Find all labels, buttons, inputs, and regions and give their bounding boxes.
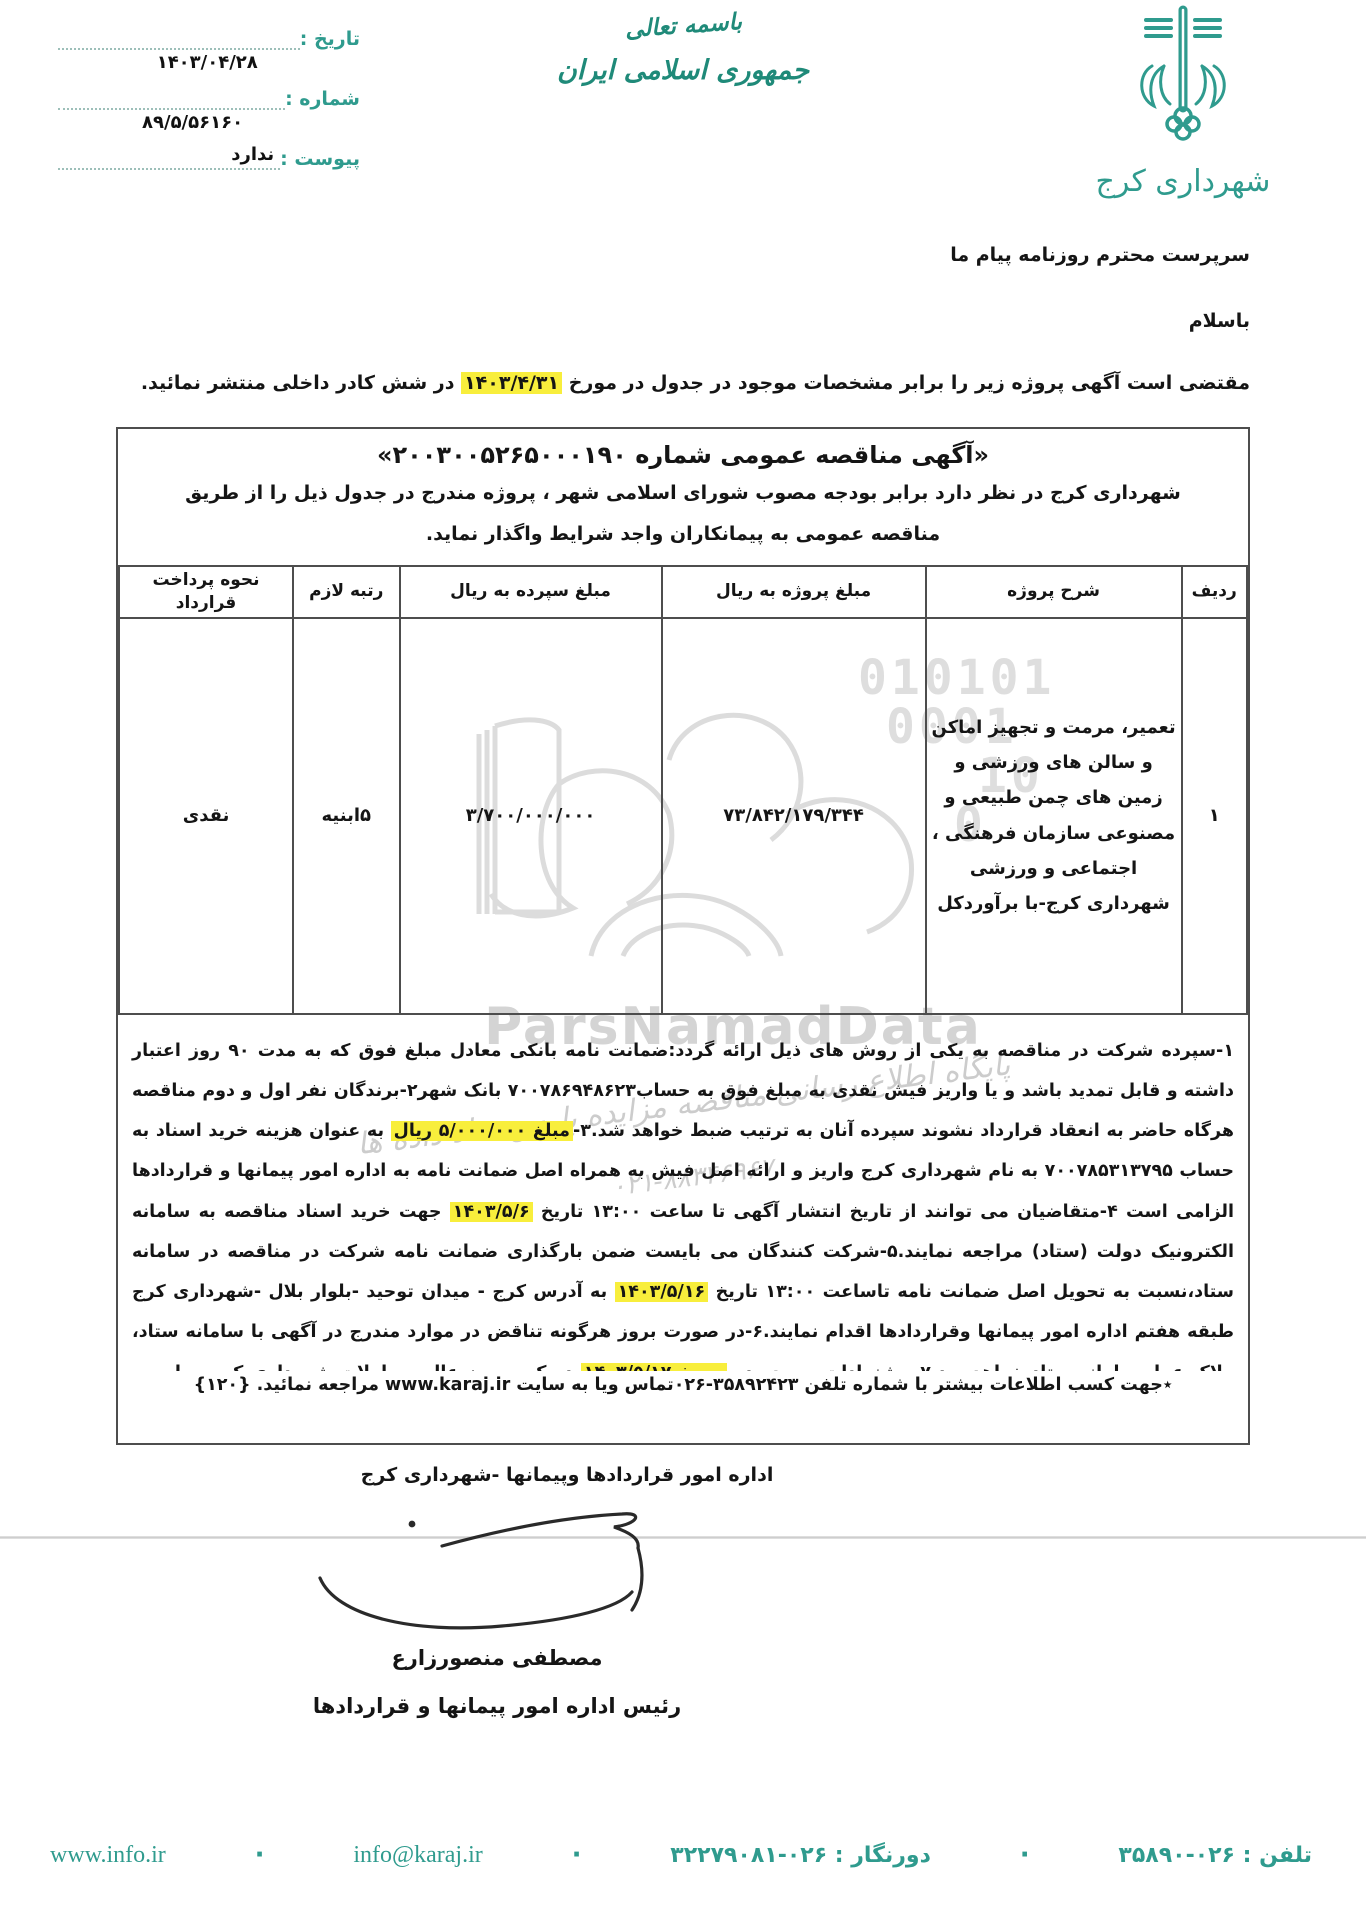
tender-notice-box: 010101 0001 10 0 ParsNamadData پایگاه اط…	[116, 427, 1250, 1445]
footer-separator: ·	[1016, 1840, 1034, 1870]
footer-phone: تلفن : ۰۲۶-۳۵۸۹۰	[1118, 1843, 1312, 1868]
municipality-logo-block: شهرداری کرج	[1048, 4, 1318, 199]
col-header-row-number: ردیف	[1182, 566, 1248, 618]
attachment-dotted-line: ندارد	[58, 146, 280, 170]
date-label: تاریخ :	[300, 28, 360, 50]
tender-table-header-row: ردیف شرح پروژه مبلغ پروژه به ریال مبلغ س…	[119, 566, 1247, 618]
cell-row-number: ۱	[1182, 618, 1248, 1014]
handwritten-signature	[292, 1494, 732, 1644]
col-header-project-description: شرح پروژه	[926, 566, 1182, 618]
document-fee-highlighted: مبلغ ۵/۰۰۰/۰۰۰ ریال	[391, 1121, 573, 1141]
signing-department: اداره امور قراردادها وپیمانها -شهرداری ک…	[352, 1464, 782, 1486]
cell-deposit-amount: ۳/۷۰۰/۰۰۰/۰۰۰	[400, 618, 662, 1014]
footer-separator: ·	[568, 1840, 586, 1870]
more-info-line: ٭جهت کسب اطلاعات بیشتر با شماره تلفن ۳۵۸…	[118, 1371, 1248, 1405]
commission-date-highlighted: مورخ ۱۴۰۳/۵/۱۷	[581, 1363, 727, 1371]
more-info-text: ٭جهت کسب اطلاعات بیشتر با شماره تلفن ۳۵۸…	[510, 1375, 1172, 1395]
date-field: تاریخ : ۱۴۰۳/۰۴/۲۸	[52, 16, 364, 50]
tender-table-row: ۱ تعمیر، مرمت و تجهیز اماکن و سالن های و…	[119, 618, 1247, 1014]
country-name: جمهوری اسلامی ایران	[503, 55, 863, 86]
col-header-payment-method: نحوه پرداخت قرارداد	[119, 566, 293, 618]
tender-notice-lead: شهرداری کرج در نظر دارد برابر بودجه مصوب…	[118, 471, 1248, 565]
attachment-value: ندارد	[231, 144, 274, 165]
date-value: ۱۴۰۳/۰۴/۲۸	[157, 52, 258, 73]
recipient-line: سرپرست محترم روزنامه پیام ما	[950, 244, 1250, 266]
tender-notice-title: «آگهی مناقصه عمومی شماره ۲۰۰۳۰۰۵۲۶۵۰۰۰۱۹…	[118, 429, 1248, 471]
tender-conditions-paragraph: ۱-سپرده شرکت در مناقصه به یکی از روش های…	[118, 1015, 1248, 1371]
purchase-deadline-date-highlighted: ۱۴۰۳/۵/۶	[450, 1202, 533, 1222]
number-dotted-line: ۸۹/۵/۵۶۱۶۰	[58, 86, 285, 110]
intro-line: مقتضی است آگهی پروژه زیر را برابر مشخصات…	[112, 366, 1250, 400]
municipality-name: شهرداری کرج	[1048, 164, 1318, 199]
cell-required-grade: ۵ابنیه	[293, 618, 399, 1014]
karaj-website-text: www.karaj.ir	[385, 1375, 510, 1395]
footer-separator: ·	[251, 1840, 269, 1870]
intro-text-end: در شش کادر داخلی منتشر نمائید.	[141, 372, 461, 394]
more-info-text-end: مراجعه نمائید. {۱۲۰}	[194, 1375, 385, 1395]
tender-table: ردیف شرح پروژه مبلغ پروژه به ریال مبلغ س…	[118, 565, 1248, 1015]
col-header-required-grade: رتبه لازم	[293, 566, 399, 618]
letterhead-meta-fields: تاریخ : ۱۴۰۳/۰۴/۲۸ شماره : ۸۹/۵/۵۶۱۶۰ پی…	[52, 16, 364, 196]
cell-project-amount: ۷۳/۸۴۲/۱۷۹/۳۴۴	[662, 618, 926, 1014]
footer-fax: دورنگار : ۰۲۶-۳۲۲۷۹۰۸۱	[670, 1843, 931, 1868]
col-header-deposit-amount: مبلغ سپرده به ریال	[400, 566, 662, 618]
attachment-label: پیوست :	[280, 148, 360, 170]
bismillah-block: باسمه تعالی جمهوری اسلامی ایران	[503, 12, 863, 86]
publish-date-highlighted: ۱۴۰۳/۴/۳۱	[461, 372, 562, 394]
cell-payment-method: نقدی	[119, 618, 293, 1014]
bismillah-calligraphy: باسمه تعالی	[624, 8, 743, 43]
date-dotted-line: ۱۴۰۳/۰۴/۲۸	[58, 26, 300, 50]
salutation-line: باسلام	[1189, 310, 1250, 332]
footer-contact-bar: تلفن : ۰۲۶-۳۵۸۹۰ · دورنگار : ۰۲۶-۳۲۲۷۹۰۸…	[50, 1840, 1312, 1870]
scanned-letter-page: { "colors": { "accent_teal": "#2f9b8e", …	[0, 0, 1366, 1930]
number-label: شماره :	[285, 88, 360, 110]
delivery-deadline-date-highlighted: ۱۴۰۳/۵/۱۶	[615, 1282, 709, 1302]
footer-email: info@karaj.ir	[353, 1842, 482, 1869]
karaj-municipality-logo-icon	[1108, 4, 1258, 164]
signer-title: رئیس اداره امور پیمانها و قراردادها	[272, 1694, 722, 1718]
signer-name: مصطفی منصورزارع	[322, 1646, 672, 1670]
attachment-field: پیوست : ندارد	[52, 136, 364, 170]
cell-project-description: تعمیر، مرمت و تجهیز اماکن و سالن های ورز…	[926, 618, 1182, 1014]
footer-website: www.info.ir	[50, 1842, 166, 1869]
col-header-project-amount: مبلغ پروژه به ریال	[662, 566, 926, 618]
number-field: شماره : ۸۹/۵/۵۶۱۶۰	[52, 76, 364, 110]
number-value: ۸۹/۵/۵۶۱۶۰	[142, 112, 243, 133]
intro-text: مقتضی است آگهی پروژه زیر را برابر مشخصات…	[562, 372, 1250, 394]
